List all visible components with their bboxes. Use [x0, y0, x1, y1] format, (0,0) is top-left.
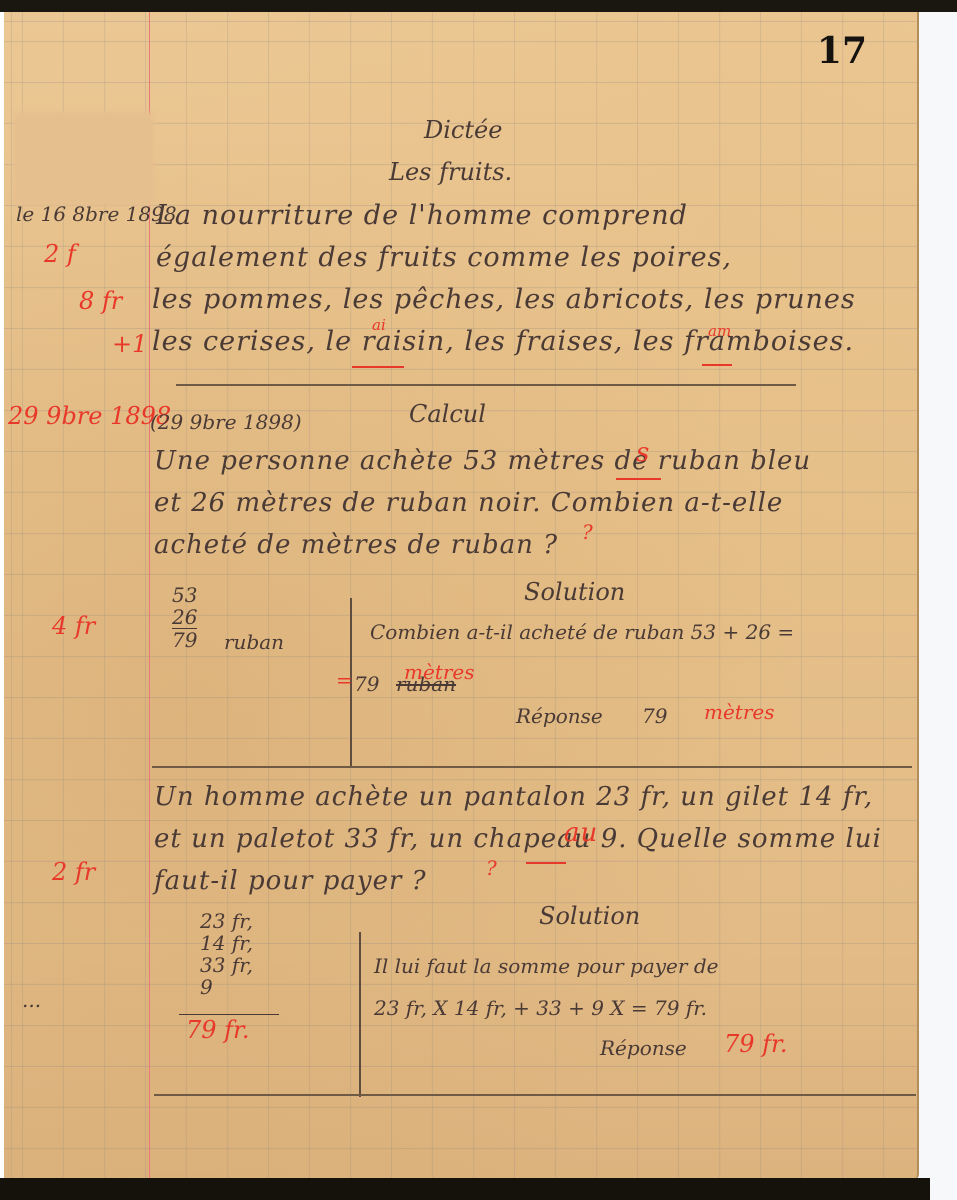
scan-background — [917, 12, 957, 1200]
dictee-heading: Dictée — [424, 116, 502, 144]
calcul-date: (29 9bre 1898) — [150, 410, 302, 434]
problem1-line-2: et 26 mètres de ruban noir. Combien a-t-… — [154, 488, 783, 518]
problem2-line-1: Un homme achète un pantalon 23 fr, un gi… — [154, 782, 873, 812]
page-number: 17 — [817, 30, 867, 72]
item-gilet: 14 fr, — [200, 932, 253, 954]
problem1-answer-unit: mètres — [704, 700, 775, 724]
problem-divider — [152, 766, 912, 768]
problem1-answer-label: Réponse — [516, 704, 603, 728]
redacted-area — [14, 112, 154, 207]
sum-line — [179, 1014, 279, 1015]
sum-total: 79 — [172, 628, 197, 651]
problem1-solution-line: Combien a-t-il acheté de ruban 53 + 26 = — [370, 620, 794, 644]
problem2-solution-line-1: Il lui faut la somme pour payer de — [374, 954, 718, 978]
underline-chapeau — [526, 862, 566, 864]
grade-mark-3: +1 — [112, 330, 147, 358]
problem1-result-value: 79 — [354, 672, 379, 696]
problem2-correction-au: au — [564, 818, 598, 848]
problem1-equals-mark: = — [336, 668, 353, 692]
item-paletot: 33 fr, — [200, 954, 253, 976]
problem1-question-mark: ? — [582, 520, 593, 544]
problem1-solution-heading: Solution — [524, 578, 625, 606]
grade-mark-1: 2 f — [44, 240, 76, 268]
item-chapeau: 9 — [200, 976, 253, 998]
faint-margin-mark: ... — [22, 988, 41, 1012]
problem1-line-1: Une personne achète 53 mètres de ruban b… — [154, 446, 811, 476]
problem2-column-addition: 23 fr, 14 fr, 33 fr, 9 — [200, 910, 253, 998]
section-divider — [176, 384, 796, 386]
addend-1: 53 — [172, 584, 197, 606]
grade-mark-2: 8 fr — [79, 287, 122, 315]
problem2-answer-label: Réponse — [600, 1036, 687, 1060]
problem1-line-3: acheté de mètres de ruban ? — [154, 530, 558, 560]
dictee-line-3: les pommes, les pêches, les abricots, le… — [152, 284, 856, 315]
dictee-line-2: également des fruits comme les poires, — [156, 242, 732, 273]
problem1-answer-value: 79 — [642, 704, 667, 728]
problem2-answer-value: 79 fr. — [724, 1030, 788, 1058]
underline-raisin — [352, 366, 404, 368]
problem2-grade: 2 fr — [52, 858, 95, 886]
solution-divider-2 — [359, 932, 361, 1097]
correction-raisin: ai — [372, 316, 386, 334]
problem2-solution-heading: Solution — [539, 902, 640, 930]
addend-2: 26 — [172, 606, 197, 628]
dictee-line-4: les cerises, le raisin, les fraises, les… — [152, 326, 854, 357]
problem1-result-unit-corrected: mètres — [404, 660, 475, 684]
item-pantalon: 23 fr, — [200, 910, 253, 932]
scan-bottom-edge — [0, 1178, 930, 1200]
bottom-rule — [154, 1094, 916, 1096]
scan-top-edge — [0, 0, 957, 12]
dictee-date: le 16 8bre 1898 — [16, 202, 177, 226]
dictee-title: Les fruits. — [389, 158, 512, 186]
problem2-solution-line-2: 23 fr, X 14 fr, + 33 + 9 X = 79 fr. — [374, 996, 707, 1020]
problem1-column-unit: ruban — [224, 630, 284, 654]
problem2-line-3: faut-il pour payer ? — [154, 866, 427, 896]
problem1-correction-s: s — [636, 438, 650, 468]
problem1-column-addition: 53 26 79 — [172, 584, 197, 651]
underline-metres — [616, 478, 661, 480]
dictee-line-1: La nourriture de l'homme comprend — [156, 200, 688, 231]
calcul-heading: Calcul — [409, 400, 486, 428]
underline-framboises — [702, 364, 732, 366]
calcul-margin-date: 29 9bre 1898 — [8, 402, 171, 430]
problem2-line-2: et un paletot 33 fr, un chapeau 9. Quell… — [154, 824, 882, 854]
problem2-question-mark: ? — [486, 856, 497, 880]
problem2-column-total: 79 fr. — [186, 1016, 250, 1044]
problem1-grade: 4 fr — [52, 612, 95, 640]
correction-framboises: am — [708, 322, 731, 340]
notebook-page: 17 Dictée Les fruits. le 16 8bre 1898 La… — [4, 12, 919, 1180]
